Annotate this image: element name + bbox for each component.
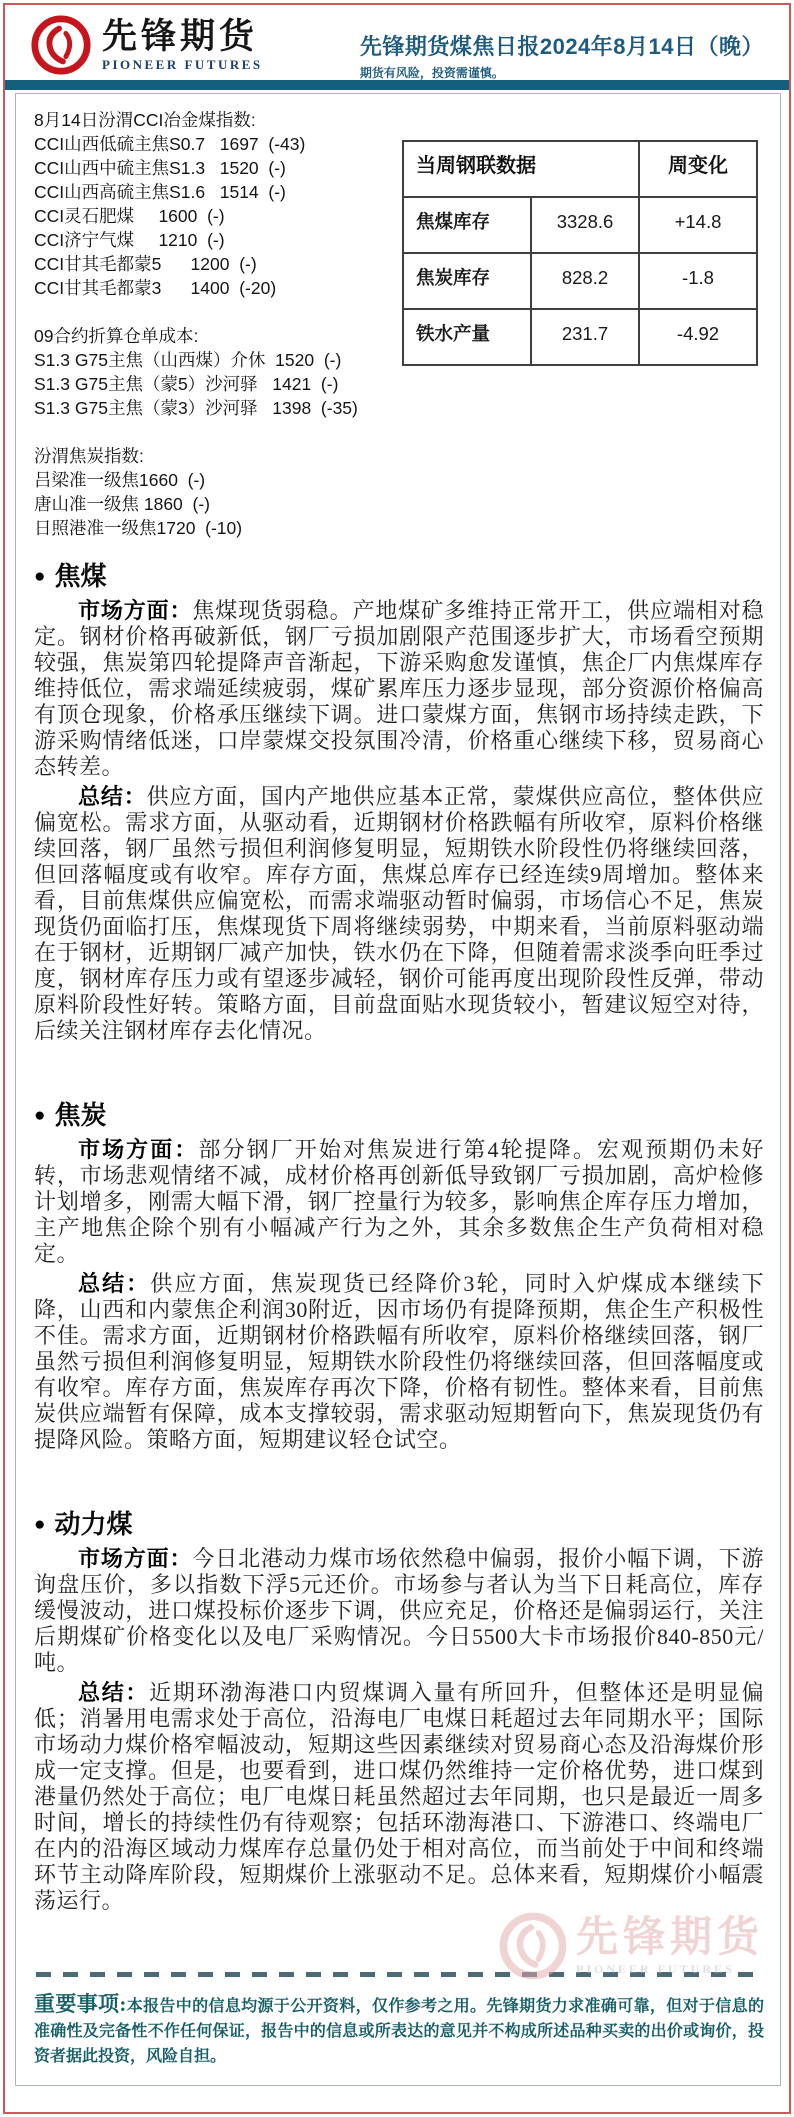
brand-logo: 先锋期货 PIONEER FUTURES	[30, 14, 263, 76]
brand-name-cn: 先锋期货	[102, 18, 263, 56]
section-coke: ● 焦炭 市场方面：部分钢厂开始对焦炭进行第4轮提降。宏观预期仍未好转，市场悲观…	[34, 1099, 764, 1453]
warehouse-cost-item: S1.3 G75主焦（蒙3）沙河驿 1398 (-35)	[34, 396, 764, 420]
row-change: -1.8	[639, 253, 757, 309]
cci-index-title: 8月14日汾渭CCI冶金煤指数:	[34, 108, 764, 132]
brand-name-en: PIONEER FUTURES	[102, 57, 263, 73]
table-header-main: 当周钢联数据	[403, 141, 639, 197]
table-header-change: 周变化	[639, 141, 757, 197]
summary-label: 总结：	[78, 784, 147, 809]
coke-index-item: 唐山准一级焦 1860 (-)	[34, 492, 764, 516]
warehouse-cost-item: S1.3 G75主焦（蒙5）沙河驿 1421 (-)	[34, 372, 764, 396]
row-change: +14.8	[639, 197, 757, 253]
section-title-text: 焦炭	[54, 1099, 106, 1133]
coke-index-title: 汾渭焦炭指数:	[34, 444, 764, 468]
watermark-name-cn: 先锋期货	[576, 1916, 764, 1960]
summary-text: 近期环渤海港口内贸煤调入量有所回升，但整体还是明显偏低；消暑用电需求处于高位，沿…	[34, 1680, 764, 1913]
market-label: 市场方面：	[78, 1546, 192, 1571]
coke-index-item: 吕梁准一级焦1660 (-)	[34, 468, 764, 492]
row-value: 828.2	[531, 253, 639, 309]
brand-watermark: 先锋期货 PIONEER FUTURES	[498, 1911, 764, 1981]
market-label: 市场方面：	[78, 598, 192, 623]
market-label: 市场方面：	[78, 1137, 198, 1162]
section-coking-coal: ● 焦煤 市场方面：焦煤现货弱稳。产地煤矿多维持正常开工，供应端相对稳定。钢材价…	[34, 560, 764, 1044]
report-page: 先锋期货 PIONEER FUTURES 先锋期货煤焦日报2024年8月14日（…	[0, 0, 794, 2117]
risk-warning: 期货有风险，投资需谨慎。	[360, 64, 764, 81]
table-row: 焦煤库存 3328.6 +14.8	[403, 197, 757, 253]
index-lists: 8月14日汾渭CCI冶金煤指数: CCI山西低硫主焦S0.7 1697 (-43…	[34, 108, 764, 540]
pioneer-logo-icon	[30, 14, 92, 76]
row-label: 焦炭库存	[403, 253, 531, 309]
disclaimer-label: 重要事项:	[34, 1992, 126, 2016]
row-value: 3328.6	[531, 197, 639, 253]
report-header: 先锋期货 PIONEER FUTURES 先锋期货煤焦日报2024年8月14日（…	[0, 0, 794, 78]
row-label: 焦煤库存	[403, 197, 531, 253]
section-title: ● 动力煤	[34, 1508, 764, 1542]
dashed-divider	[36, 1972, 762, 1977]
market-text: 焦煤现货弱稳。产地煤矿多维持正常开工，供应端相对稳定。钢材价格再破新低，钢厂亏损…	[34, 598, 764, 779]
table-header-row: 当周钢联数据 周变化	[403, 141, 757, 197]
brand-text: 先锋期货 PIONEER FUTURES	[102, 18, 263, 73]
section-title: ● 焦煤	[34, 560, 764, 594]
report-title: 先锋期货煤焦日报2024年8月14日（晚）	[360, 30, 764, 61]
bullet-icon: ●	[34, 1099, 45, 1133]
bullet-icon: ●	[34, 1508, 45, 1542]
table-row: 铁水产量 231.7 -4.92	[403, 309, 757, 365]
title-block: 先锋期货煤焦日报2024年8月14日（晚） 期货有风险，投资需谨慎。	[360, 30, 768, 81]
section-title-text: 焦煤	[54, 560, 106, 594]
bullet-icon: ●	[34, 560, 45, 594]
disclaimer-text: 本报告中的信息均源于公开资料，仅作参考之用。先锋期货力求准确可靠，但对于信息的准…	[34, 1998, 764, 2065]
summary-text: 供应方面，焦炭现货已经降价3轮，同时入炉煤成本继续下降，山西和内蒙焦企利润30附…	[34, 1271, 764, 1452]
row-value: 231.7	[531, 309, 639, 365]
row-change: -4.92	[639, 309, 757, 365]
watermark-text: 先锋期货 PIONEER FUTURES	[576, 1916, 764, 1977]
content-panel: 8月14日汾渭CCI冶金煤指数: CCI山西低硫主焦S0.7 1697 (-43…	[15, 93, 781, 2086]
footer-area: 重要事项:本报告中的信息均源于公开资料，仅作参考之用。先锋期货力求准确可靠，但对…	[34, 1972, 764, 2069]
coke-index-item: 日照港准一级焦1720 (-10)	[34, 516, 764, 540]
market-paragraph: 市场方面：焦煤现货弱稳。产地煤矿多维持正常开工，供应端相对稳定。钢材价格再破新低…	[34, 598, 764, 780]
watermark-logo-icon	[498, 1911, 568, 1981]
table-row: 焦炭库存 828.2 -1.8	[403, 253, 757, 309]
summary-paragraph: 总结：供应方面，国内产地供应基本正常，蒙煤供应高位，整体供应偏宽松。需求方面，从…	[34, 784, 764, 1044]
summary-label: 总结：	[78, 1271, 150, 1296]
summary-paragraph: 总结：供应方面，焦炭现货已经降价3轮，同时入炉煤成本继续下降，山西和内蒙焦企利润…	[34, 1271, 764, 1453]
footer-disclaimer: 重要事项:本报告中的信息均源于公开资料，仅作参考之用。先锋期货力求准确可靠，但对…	[34, 1992, 764, 2069]
row-label: 铁水产量	[403, 309, 531, 365]
summary-text: 供应方面，国内产地供应基本正常，蒙煤供应高位，整体供应偏宽松。需求方面，从驱动看…	[34, 784, 764, 1043]
summary-label: 总结：	[78, 1680, 149, 1705]
section-thermal-coal: ● 动力煤 市场方面：今日北港动力煤市场依然稳中偏弱，报价小幅下调，下游询盘压价…	[34, 1508, 764, 1914]
market-paragraph: 市场方面：今日北港动力煤市场依然稳中偏弱，报价小幅下调，下游询盘压价，多以指数下…	[34, 1546, 764, 1676]
summary-paragraph: 总结：近期环渤海港口内贸煤调入量有所回升，但整体还是明显偏低；消暑用电需求处于高…	[34, 1680, 764, 1914]
steel-data-table: 当周钢联数据 周变化 焦煤库存 3328.6 +14.8 焦炭库存 828.2 …	[402, 140, 758, 366]
section-title-text: 动力煤	[54, 1508, 132, 1542]
teal-divider-bar	[5, 80, 789, 90]
section-title: ● 焦炭	[34, 1099, 764, 1133]
market-paragraph: 市场方面：部分钢厂开始对焦炭进行第4轮提降。宏观预期仍未好转，市场悲观情绪不减，…	[34, 1137, 764, 1267]
